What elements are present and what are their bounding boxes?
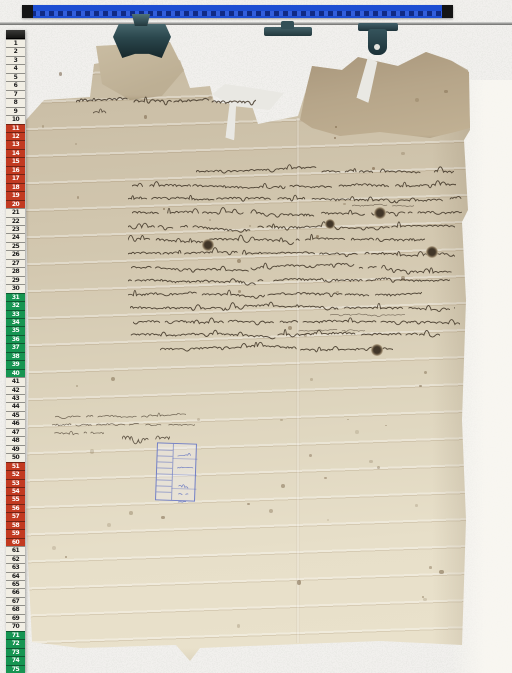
ruler-cm-cell: 13 bbox=[6, 140, 25, 148]
ruler-cm-cell: 73 bbox=[6, 648, 25, 656]
ruler-cm-cell: 38 bbox=[6, 352, 25, 360]
stamp-row-line bbox=[156, 485, 171, 487]
ruler-cm-cell: 65 bbox=[6, 580, 25, 588]
ruler-cm-cell: 74 bbox=[6, 656, 25, 664]
ruler-cm-cell: 17 bbox=[6, 174, 25, 182]
ruler-cm-cell: 26 bbox=[6, 250, 25, 258]
middle-binder-clip-knob bbox=[281, 21, 294, 29]
ruler-cm-cell: 42 bbox=[6, 386, 25, 394]
stamp-row-line bbox=[157, 479, 172, 481]
ruler-cm-cell: 22 bbox=[6, 217, 25, 225]
ruler-cm-cell: 46 bbox=[6, 419, 25, 427]
ruler-cm-cell: 62 bbox=[6, 555, 25, 563]
stamp-row-line bbox=[158, 455, 173, 457]
ruler-cm-cell: 34 bbox=[6, 318, 25, 326]
ruler-cm-cell: 55 bbox=[6, 495, 25, 503]
archive-stamp bbox=[155, 442, 197, 501]
ruler-cm-cell: 36 bbox=[6, 335, 25, 343]
stamp-row-line bbox=[156, 491, 171, 493]
ruler-cm-cell: 31 bbox=[6, 293, 25, 301]
ruler-header bbox=[6, 30, 25, 39]
ruler-cm-cell: 2 bbox=[6, 47, 25, 55]
ruler-cm-cell: 11 bbox=[6, 124, 25, 132]
stamp-row-line bbox=[157, 467, 172, 469]
ruler-cm-cell: 69 bbox=[6, 614, 25, 622]
ruler-cm-cell: 43 bbox=[6, 394, 25, 402]
ruler-cm-cell: 58 bbox=[6, 521, 25, 529]
ruler-cm-cell: 61 bbox=[6, 546, 25, 554]
stamp-handwriting bbox=[177, 488, 186, 516]
hanging-wire bbox=[0, 22, 512, 25]
ruler-cm-cell: 64 bbox=[6, 572, 25, 580]
ruler-cm-cell: 40 bbox=[6, 369, 25, 377]
ruler-cm-cell: 52 bbox=[6, 470, 25, 478]
ruler-cm-cell: 41 bbox=[6, 377, 25, 385]
ruler-cm-cell: 56 bbox=[6, 504, 25, 512]
tape-tick-band bbox=[22, 11, 453, 16]
ruler-cm-cell: 59 bbox=[6, 529, 25, 537]
ruler-cm-cell: 4 bbox=[6, 64, 25, 72]
ruler-cm-cell: 25 bbox=[6, 242, 25, 250]
ruler-cm-cell: 66 bbox=[6, 588, 25, 596]
ruler-cm-cell: 23 bbox=[6, 225, 25, 233]
right-binder-clip-tongue bbox=[368, 29, 387, 55]
ruler-cm-cell: 44 bbox=[6, 402, 25, 410]
ruler-cm-cell: 5 bbox=[6, 73, 25, 81]
ruler-cm-cell: 50 bbox=[6, 453, 25, 461]
left-binder-clip bbox=[113, 24, 171, 58]
ruler-cm-cell: 75 bbox=[6, 665, 25, 673]
stamp-row-line bbox=[157, 473, 172, 475]
ruler-cm-cell: 6 bbox=[6, 81, 25, 89]
ruler-cm-cell: 37 bbox=[6, 343, 25, 351]
ruler-cm-cell: 7 bbox=[6, 90, 25, 98]
ruler-cm-cell: 15 bbox=[6, 157, 25, 165]
ruler-cm-cell: 53 bbox=[6, 479, 25, 487]
ruler-cm-cell: 39 bbox=[6, 360, 25, 368]
ruler-cm-cell: 1 bbox=[6, 39, 25, 47]
ruler-cm-cell: 19 bbox=[6, 191, 25, 199]
ruler-cm-cell: 8 bbox=[6, 98, 25, 106]
stamp-grid-line bbox=[171, 444, 174, 500]
ruler-cm-cell: 27 bbox=[6, 259, 25, 267]
ruler-cm-cell: 10 bbox=[6, 115, 25, 123]
ruler-cm-cell: 29 bbox=[6, 276, 25, 284]
ruler-cm-cell: 71 bbox=[6, 631, 25, 639]
left-cm-scale-ruler: 1234567891011121314151617181920212223242… bbox=[6, 30, 25, 673]
ruler-cm-cell: 51 bbox=[6, 462, 25, 470]
ruler-cm-cell: 16 bbox=[6, 166, 25, 174]
ruler-cm-cell: 47 bbox=[6, 428, 25, 436]
ruler-cm-cell: 57 bbox=[6, 512, 25, 520]
ruler-cm-cell: 49 bbox=[6, 445, 25, 453]
ruler-cm-cell: 68 bbox=[6, 605, 25, 613]
ruler-cm-cell: 63 bbox=[6, 563, 25, 571]
photo-scene: 1234567891011121314151617181920212223242… bbox=[0, 0, 512, 673]
ruler-cm-cell: 20 bbox=[6, 200, 25, 208]
ruler-cm-cell: 21 bbox=[6, 208, 25, 216]
tape-end-cap-left bbox=[22, 5, 33, 18]
ruler-cm-cell: 24 bbox=[6, 233, 25, 241]
vertical-center-crease bbox=[296, 118, 300, 643]
ruler-cm-cell: 9 bbox=[6, 107, 25, 115]
tape-end-cap-right bbox=[442, 5, 453, 18]
stamp-row-line bbox=[157, 461, 172, 463]
ruler-cm-cell: 30 bbox=[6, 284, 25, 292]
ruler-cm-cell: 54 bbox=[6, 487, 25, 495]
ruler-cm-cell: 72 bbox=[6, 639, 25, 647]
ruler-cm-cell: 35 bbox=[6, 326, 25, 334]
ruler-cm-cell: 18 bbox=[6, 183, 25, 191]
ruler-cm-cell: 70 bbox=[6, 622, 25, 630]
ruler-cm-cell: 45 bbox=[6, 411, 25, 419]
top-measuring-tape bbox=[22, 5, 453, 18]
stamp-row-line bbox=[158, 449, 173, 451]
ruler-cm-cell: 28 bbox=[6, 267, 25, 275]
ruler-cm-cell: 33 bbox=[6, 310, 25, 318]
ruler-cm-cell: 14 bbox=[6, 149, 25, 157]
ruler-cm-cell: 67 bbox=[6, 597, 25, 605]
ruler-cm-cell: 3 bbox=[6, 56, 25, 64]
right-binder-clip-hole bbox=[374, 44, 380, 50]
ruler-cm-cell: 32 bbox=[6, 301, 25, 309]
ruler-cm-cell: 48 bbox=[6, 436, 25, 444]
ruler-cm-cell: 60 bbox=[6, 538, 25, 546]
ruler-cm-cell: 12 bbox=[6, 132, 25, 140]
